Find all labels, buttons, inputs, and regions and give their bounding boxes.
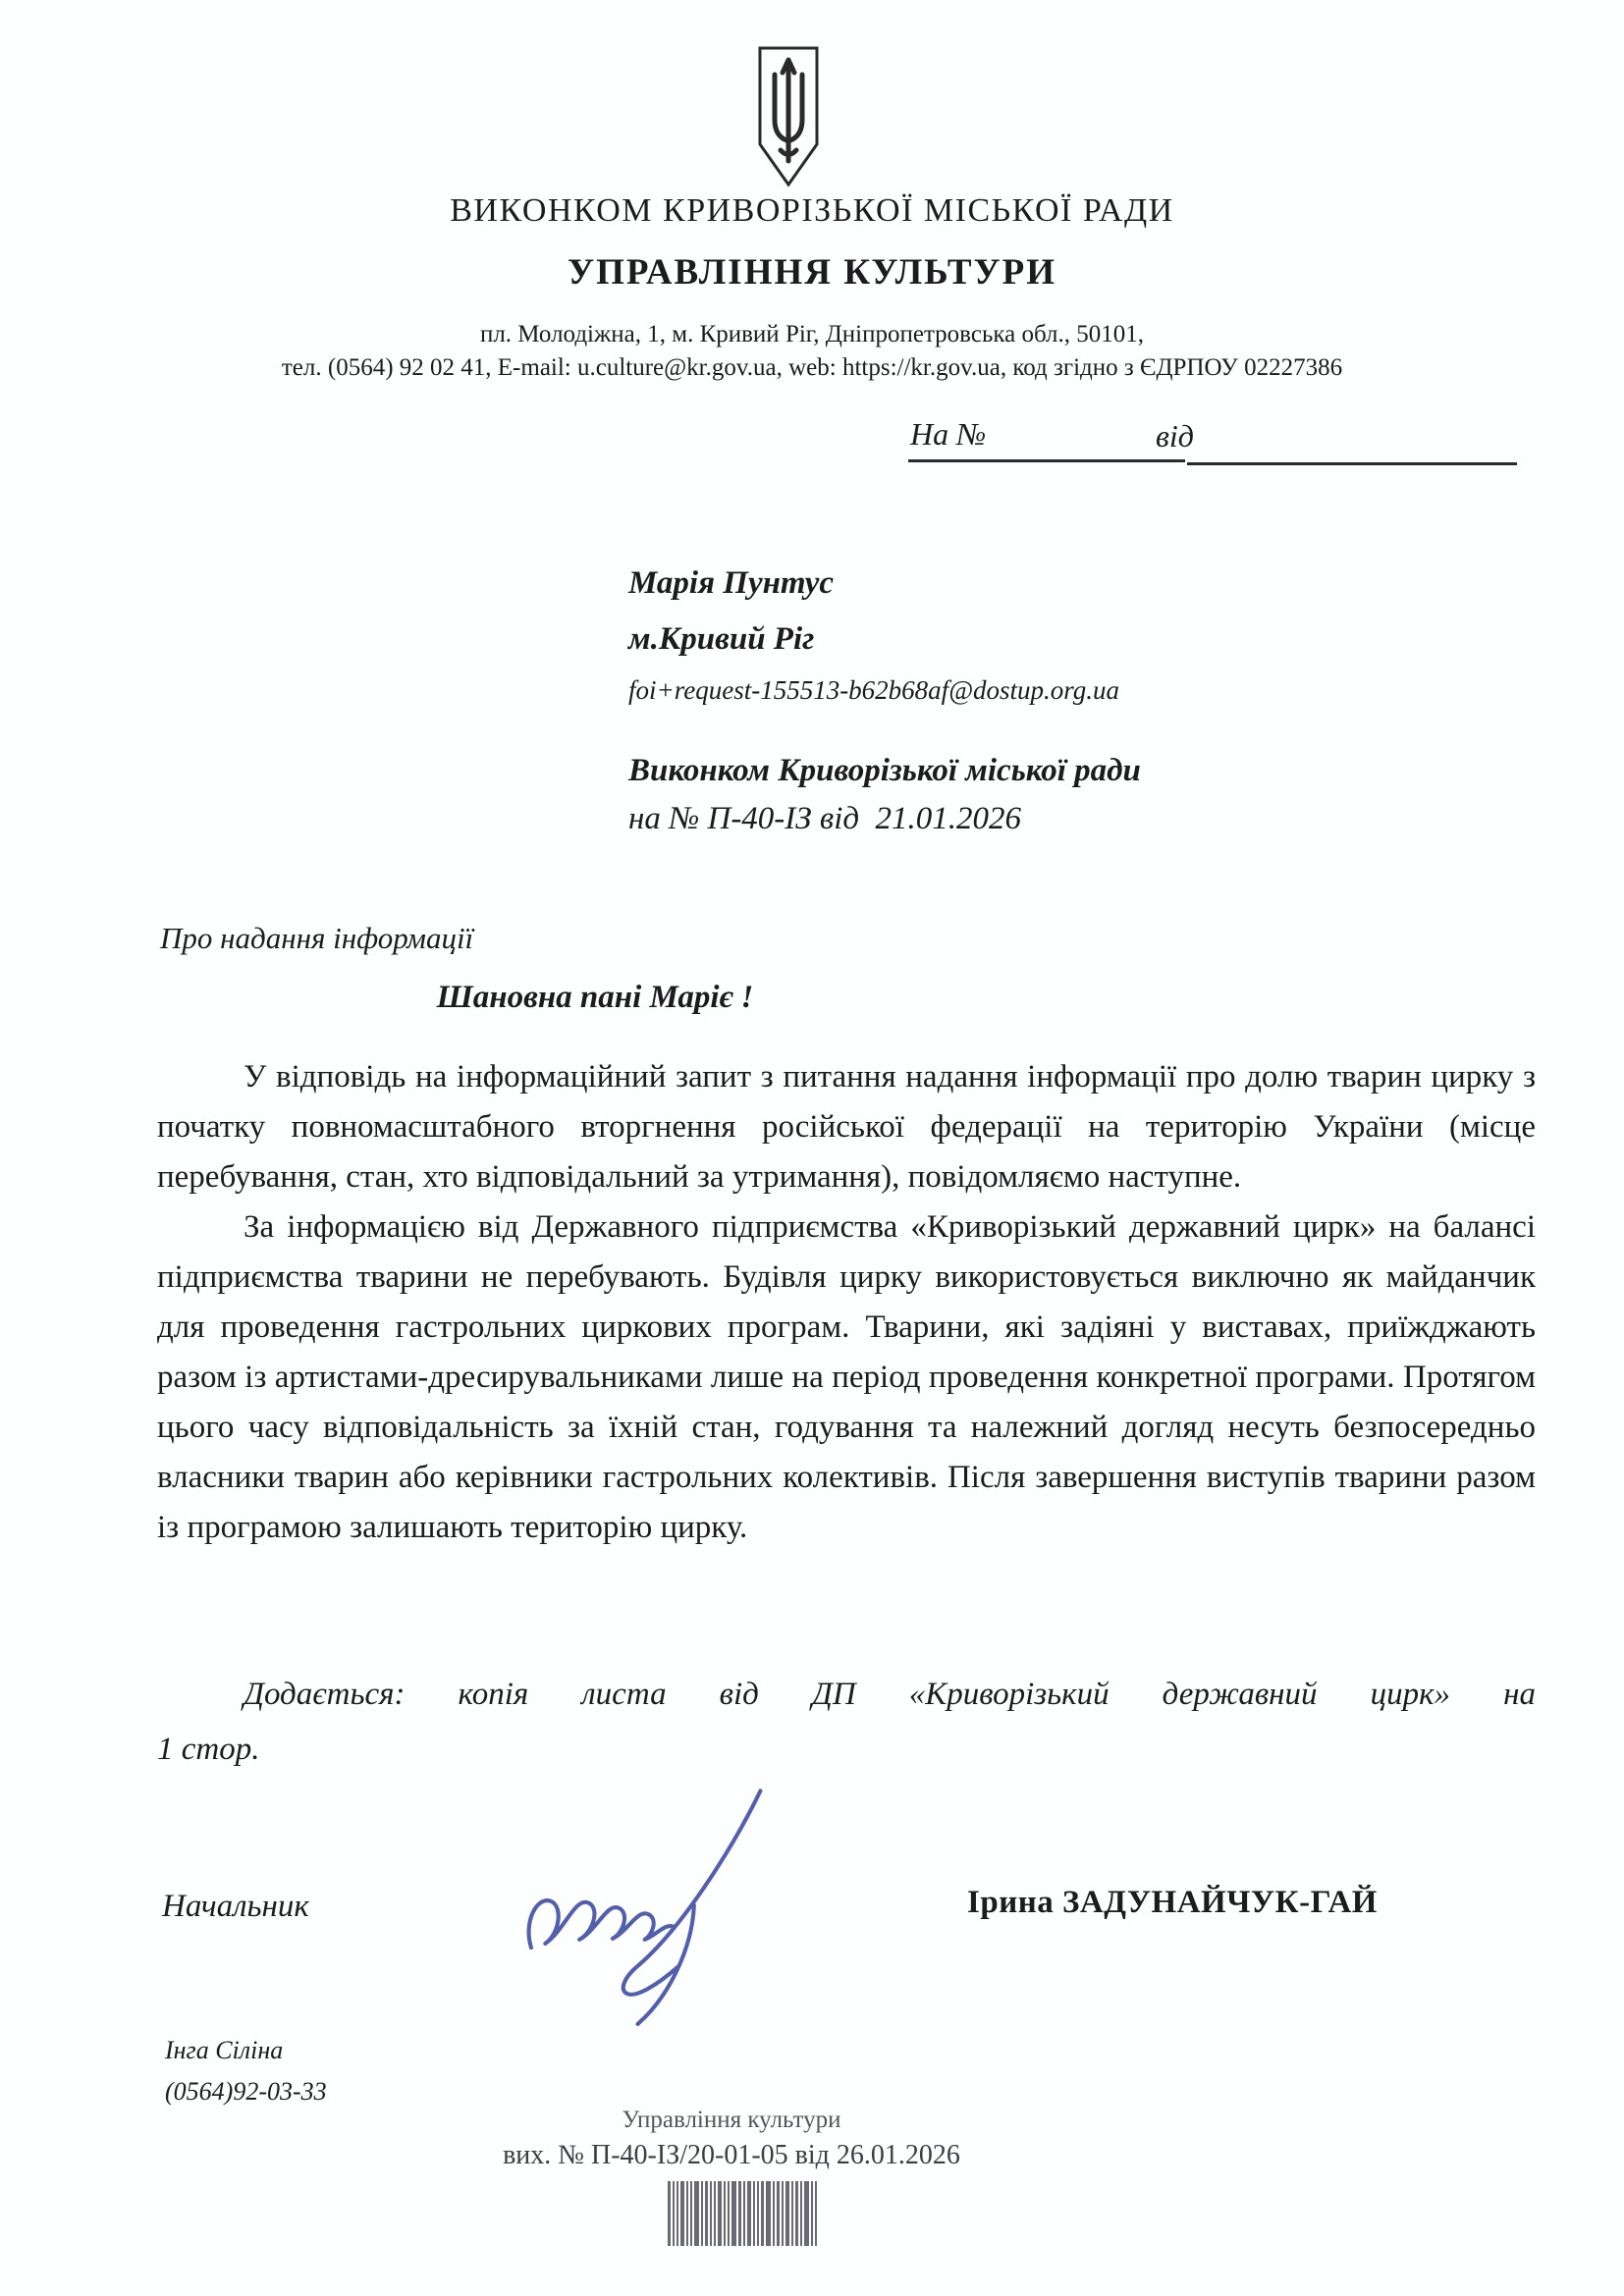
- incoming-ref-line: На № від: [908, 416, 1519, 465]
- executor-name: Інга Сіліна: [165, 2038, 327, 2063]
- attachment-line2: 1 стор.: [157, 1722, 1536, 1777]
- body-paragraph-1: У відповідь на інформаційний запит з пит…: [157, 1052, 1536, 1202]
- recipient-email: foi+request-155513-b62b68af@dostup.org.u…: [628, 677, 1375, 704]
- recipient-ref: на № П-40-ІЗ від 21.01.2026: [628, 803, 1375, 835]
- handwritten-signature: [496, 1777, 820, 2028]
- salutation: Шановна пані Маріє !: [0, 980, 1190, 1016]
- barcode: [668, 2181, 817, 2246]
- footer-department: Управління культури: [241, 2107, 1222, 2134]
- org-name-line1: ВИКОНКОМ КРИВОРІЗЬКОЇ МІСЬКОЇ РАДИ: [0, 192, 1624, 230]
- executor-block: Інга Сіліна (0564)92-03-33: [165, 2038, 327, 2105]
- ref-underline-2: [1187, 462, 1517, 465]
- attachment-line1: Додається: копія листа від ДП «Криворізь…: [157, 1667, 1536, 1722]
- scanned-letter-page: ВИКОНКОМ КРИВОРІЗЬКОЇ МІСЬКОЇ РАДИ УПРАВ…: [0, 0, 1624, 2296]
- ref-label-na: На №: [910, 416, 986, 453]
- recipient-block: Марія Пунтус м.Кривий Ріг foi+request-15…: [628, 567, 1375, 835]
- recipient-org: Виконком Криворізької міської ради: [628, 755, 1375, 787]
- org-contacts: тел. (0564) 92 02 41, E-mail: u.culture@…: [0, 354, 1624, 382]
- recipient-name: Марія Пунтус: [628, 567, 1375, 600]
- footer-outgoing-ref: вих. № П-40-ІЗ/20-01-05 від 26.01.2026: [241, 2140, 1222, 2171]
- letter-body: У відповідь на інформаційний запит з пит…: [157, 1052, 1536, 1553]
- ref-underline-1: [908, 459, 1185, 462]
- org-address: пл. Молодіжна, 1, м. Кривий Ріг, Дніпроп…: [0, 321, 1624, 348]
- attachment-note: Додається: копія листа від ДП «Криворізь…: [157, 1667, 1536, 1777]
- org-name-line2: УПРАВЛІННЯ КУЛЬТУРИ: [0, 251, 1624, 294]
- subject-line: Про надання інформації: [160, 921, 473, 956]
- executor-phone: (0564)92-03-33: [165, 2079, 327, 2105]
- body-paragraph-2: За інформацією від Державного підприємст…: [157, 1202, 1536, 1553]
- recipient-city: м.Кривий Ріг: [628, 623, 1375, 656]
- signer-name: Ірина ЗАДУНАЙЧУК-ГАЙ: [967, 1885, 1378, 1921]
- ref-label-vid: від: [1156, 418, 1194, 454]
- signer-position: Начальник: [162, 1889, 309, 1925]
- ukraine-trident-icon: [757, 45, 820, 188]
